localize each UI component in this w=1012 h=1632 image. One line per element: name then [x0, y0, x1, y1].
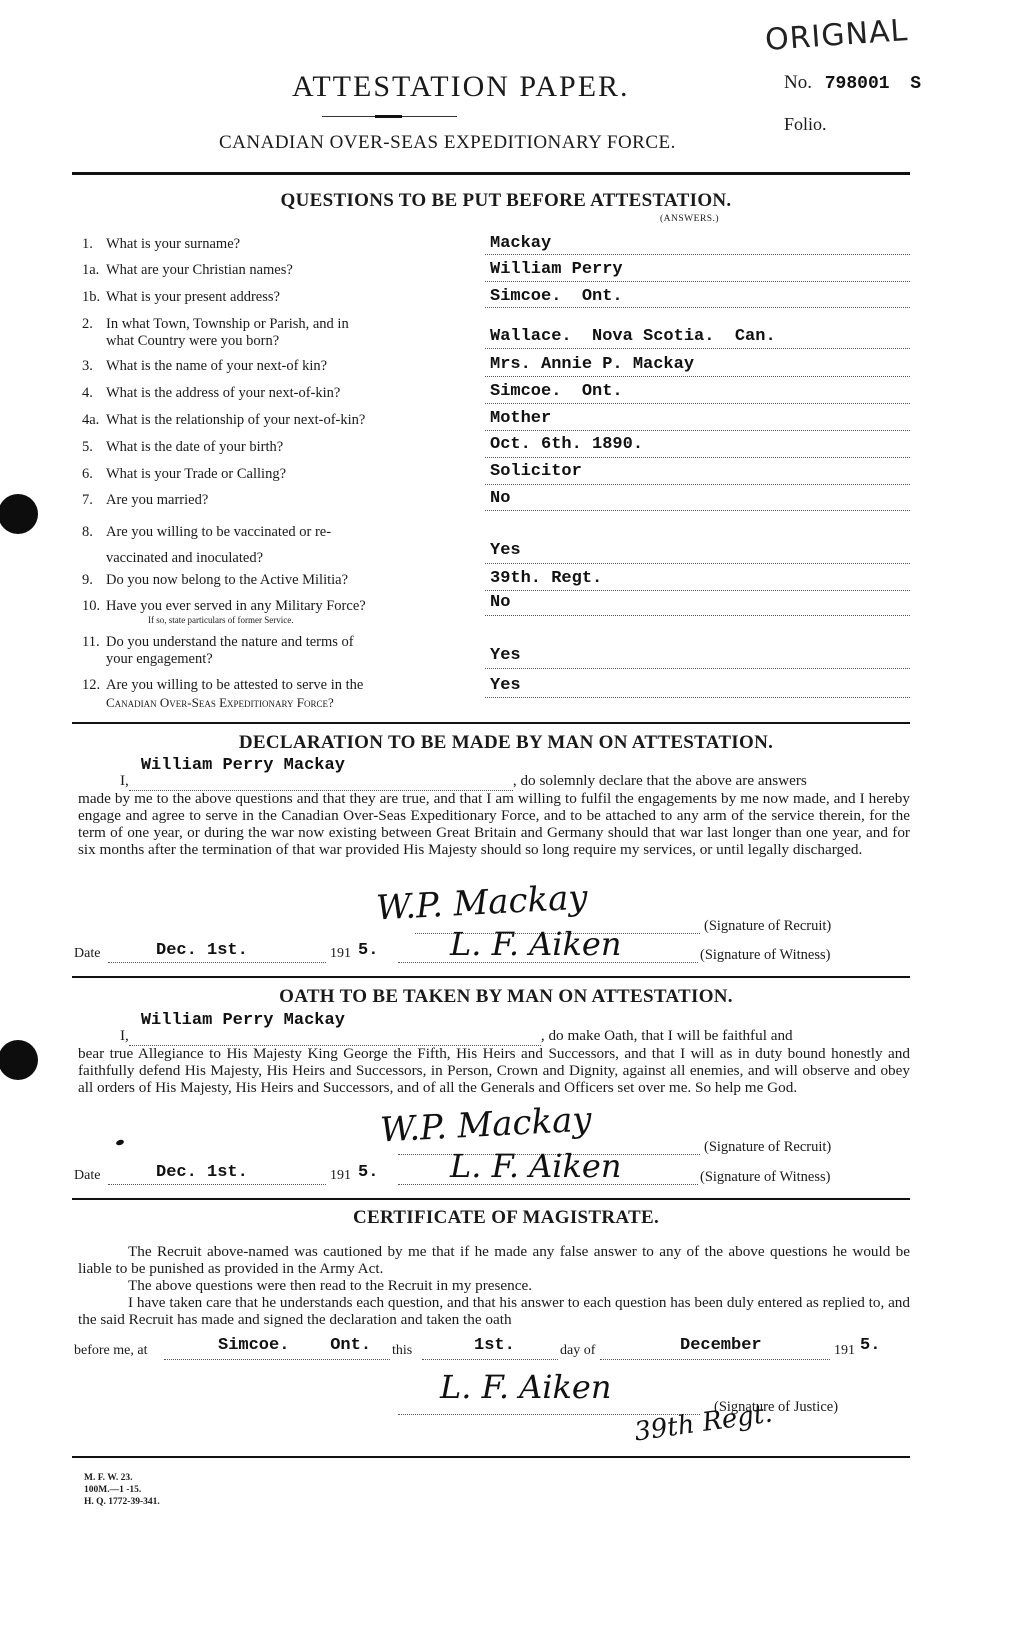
answer-line: [485, 281, 910, 282]
day-of-label: day of: [560, 1343, 595, 1359]
oath-text-start: , do make Oath, that I will be faithful …: [541, 1027, 793, 1044]
question-10: 10.Have you ever served in any Military …: [82, 598, 468, 615]
question-number: 7.: [82, 492, 106, 509]
oath-name-field: William Perry Mackay: [129, 1027, 541, 1046]
oath-date-label: Date: [74, 1168, 100, 1184]
answer-line: [485, 348, 910, 349]
answer-trade: Solicitor: [490, 462, 582, 481]
oath-recruit-signature: W.P. Mackay: [379, 1099, 592, 1150]
folio-label: Folio.: [784, 114, 827, 135]
question-number: 9.: [82, 572, 106, 589]
question-text: Have you ever served in any Military For…: [106, 598, 366, 614]
magistrate-year-suffix: 5.: [860, 1336, 880, 1355]
question-number: 5.: [82, 439, 106, 456]
justice-signature: L. F. Aiken: [440, 1368, 611, 1406]
question-text: What are your Christian names?: [106, 262, 293, 278]
question-text: Do you understand the nature and terms o…: [106, 634, 354, 650]
answer-next-of-kin-name: Mrs. Annie P. Mackay: [490, 355, 694, 374]
question-text: Are you married?: [106, 492, 208, 508]
magistrate-para-2: The above questions were then read to th…: [78, 1277, 910, 1294]
question-number: 10.: [82, 598, 106, 615]
answer-vaccinated: Yes: [490, 541, 521, 560]
question-8: 8.Are you willing to be vaccinated or re…: [82, 519, 468, 571]
question-text: Do you now belong to the Active Militia?: [106, 572, 348, 588]
oath-witness-signature-label: (Signature of Witness): [700, 1169, 830, 1186]
answer-line: [485, 254, 910, 255]
magistrate-para-3-text: I have taken care that he understands ea…: [78, 1294, 910, 1328]
oath-recruit-signature-label: (Signature of Recruit): [704, 1139, 831, 1156]
title-underline-thick: [375, 115, 402, 118]
answer-christian-names: William Perry: [490, 260, 623, 279]
justice-signature-label: (Signature of Justice): [714, 1399, 838, 1416]
magistrate-para-1: The Recruit above-named was cautioned by…: [78, 1243, 910, 1277]
declaration-date-line: [108, 962, 326, 963]
question-number: 1.: [82, 236, 106, 253]
original-stamp: ORIGNAL: [764, 13, 909, 58]
declaration-prefix: I,: [120, 772, 129, 789]
regimental-number: 798001: [825, 74, 890, 94]
question-text: Are you willing to be attested to serve …: [106, 677, 363, 693]
magistrate-day: 1st.: [474, 1336, 515, 1355]
answer-line: [485, 563, 910, 564]
answer-line: [485, 590, 910, 591]
answer-line: [485, 307, 910, 308]
oath-bottom-rule: [72, 1198, 910, 1200]
recruit-signature-label: (Signature of Recruit): [704, 918, 831, 935]
declaration-name: William Perry Mackay: [141, 756, 345, 775]
questions-bottom-rule: [72, 722, 910, 724]
header-rule: [72, 172, 910, 175]
question-text: What is the name of your next-of kin?: [106, 358, 327, 374]
question-1b: 1b.What is your present address?: [82, 289, 468, 306]
number-prefix: No.: [784, 72, 812, 93]
answer-line: [485, 376, 910, 377]
answer-line: [485, 403, 910, 404]
question-text: What is the address of your next-of-kin?: [106, 385, 340, 401]
question-text: What is the relationship of your next-of…: [106, 412, 365, 428]
answer-line: [485, 615, 910, 616]
declaration-year-suffix: 5.: [358, 941, 378, 960]
form-code-line-3: H. Q. 1772-39-341.: [84, 1496, 160, 1508]
answer-next-of-kin-address: Simcoe. Ont.: [490, 382, 623, 401]
question-4a: 4a.What is the relationship of your next…: [82, 412, 468, 429]
questions-heading: QUESTIONS TO BE PUT BEFORE ATTESTATION.: [0, 190, 1012, 212]
answer-line: [485, 697, 910, 698]
magistrate-year-prefix: 191: [834, 1343, 855, 1359]
oath-prefix: I,: [120, 1027, 129, 1044]
question-text: What is your surname?: [106, 236, 240, 252]
question-10-note: If so, state particulars of former Servi…: [148, 615, 293, 625]
answer-understand-terms: Yes: [490, 646, 521, 665]
question-11: 11.Do you understand the nature and term…: [82, 634, 468, 668]
answer-line: [485, 457, 910, 458]
magistrate-para-3: I have taken care that he understands ea…: [78, 1294, 910, 1328]
question-number: 12.: [82, 677, 106, 694]
question-number: 4.: [82, 385, 106, 402]
question-number: 6.: [82, 466, 106, 483]
punch-hole-top: [0, 494, 38, 534]
answer-militia: 39th. Regt.: [490, 569, 602, 588]
declaration-first-line: I,William Perry Mackay , do solemnly dec…: [120, 772, 910, 791]
magistrate-para-2-text: The above questions were then read to th…: [128, 1277, 532, 1294]
question-text-cont: vaccinated and inoculated?: [106, 550, 263, 566]
oath-date-line: [108, 1184, 326, 1185]
magistrate-month: December: [680, 1336, 762, 1355]
question-9: 9.Do you now belong to the Active Militi…: [82, 572, 468, 589]
magistrate-heading: CERTIFICATE OF MAGISTRATE.: [0, 1207, 1012, 1229]
question-1a: 1a.What are your Christian names?: [82, 262, 468, 279]
before-me-label: before me, at: [74, 1343, 147, 1359]
question-text-cont: your engagement?: [106, 651, 213, 667]
declaration-recruit-signature: W.P. Mackay: [375, 877, 588, 928]
oath-name: William Perry Mackay: [141, 1011, 345, 1030]
number-suffix: S: [910, 74, 921, 94]
declaration-bottom-rule: [72, 976, 910, 978]
form-code-line-1: M. F. W. 23.: [84, 1472, 160, 1484]
question-number: 11.: [82, 634, 106, 651]
magistrate-para-1-text: The Recruit above-named was cautioned by…: [78, 1243, 910, 1277]
form-codes: M. F. W. 23. 100M.—1 -15. H. Q. 1772-39-…: [84, 1472, 160, 1508]
magistrate-bottom-rule: [72, 1456, 910, 1458]
question-text-cont: Canadian Over-Seas Expeditionary Force?: [106, 695, 334, 710]
answer-birth-date: Oct. 6th. 1890.: [490, 435, 643, 454]
answer-married: No: [490, 489, 510, 508]
answer-line: [485, 484, 910, 485]
oath-heading: OATH TO BE TAKEN BY MAN ON ATTESTATION.: [0, 986, 1012, 1008]
declaration-text-start: , do solemnly declare that the above are…: [513, 772, 807, 789]
question-text: What is the date of your birth?: [106, 439, 283, 455]
answer-military-service: No: [490, 593, 510, 612]
declaration-date-label: Date: [74, 946, 100, 962]
oath-first-line: I,William Perry Mackay , do make Oath, t…: [120, 1027, 910, 1046]
oath-body: bear true Allegiance to His Majesty King…: [78, 1045, 910, 1096]
question-text-cont: what Country were you born?: [106, 333, 279, 349]
question-12: 12.Are you willing to be attested to ser…: [82, 677, 468, 712]
question-text: What is your Trade or Calling?: [106, 466, 286, 482]
question-number: 4a.: [82, 412, 106, 429]
answer-present-address: Simcoe. Ont.: [490, 287, 623, 306]
magistrate-place: Simcoe. Ont.: [218, 1336, 371, 1355]
answer-birthplace: Wallace. Nova Scotia. Can.: [490, 327, 776, 346]
oath-date: Dec. 1st.: [156, 1163, 248, 1182]
question-text: In what Town, Township or Parish, and in: [106, 316, 349, 332]
question-4: 4.What is the address of your next-of-ki…: [82, 385, 468, 402]
document-title: ATTESTATION PAPER.: [292, 70, 630, 104]
question-text: Are you willing to be vaccinated or re-: [106, 524, 331, 540]
answer-willing-attested: Yes: [490, 676, 521, 695]
question-1: 1.What is your surname?: [82, 236, 468, 253]
place-line: [164, 1359, 390, 1360]
question-number: 1a.: [82, 262, 106, 279]
form-code-line-2: 100M.—1 -15.: [84, 1484, 160, 1496]
declaration-body: made by me to the above questions and th…: [78, 790, 910, 858]
this-label: this: [392, 1343, 412, 1359]
declaration-date: Dec. 1st.: [156, 941, 248, 960]
punch-hole-bottom: [0, 1040, 38, 1080]
oath-witness-signature: L. F. Aiken: [450, 1147, 621, 1185]
answers-label: (ANSWERS.): [660, 214, 719, 224]
declaration-witness-signature: L. F. Aiken: [450, 925, 621, 963]
question-number: 1b.: [82, 289, 106, 306]
month-line: [600, 1359, 830, 1360]
number-label: No. 798001 S: [784, 72, 921, 94]
force-subtitle: CANADIAN OVER-SEAS EXPEDITIONARY FORCE.: [219, 132, 676, 154]
question-3: 3.What is the name of your next-of kin?: [82, 358, 468, 375]
answer-line: [485, 510, 910, 511]
oath-year-suffix: 5.: [358, 1163, 378, 1182]
answer-line: [485, 430, 910, 431]
oath-year-prefix: 191: [330, 1168, 351, 1184]
answer-line: [485, 668, 910, 669]
question-7: 7.Are you married?: [82, 492, 468, 509]
question-number: 8.: [82, 519, 106, 545]
answer-surname: Mackay: [490, 234, 551, 253]
question-2: 2.In what Town, Township or Parish, and …: [82, 316, 468, 350]
question-5: 5.What is the date of your birth?: [82, 439, 468, 456]
question-number: 2.: [82, 316, 106, 333]
question-number: 3.: [82, 358, 106, 375]
day-line: [422, 1359, 558, 1360]
ink-mark: [115, 1139, 124, 1146]
declaration-name-field: William Perry Mackay: [129, 772, 513, 791]
witness-signature-label: (Signature of Witness): [700, 947, 830, 964]
declaration-heading: DECLARATION TO BE MADE BY MAN ON ATTESTA…: [0, 732, 1012, 754]
answer-relationship: Mother: [490, 409, 551, 428]
declaration-year-prefix: 191: [330, 946, 351, 962]
question-6: 6.What is your Trade or Calling?: [82, 466, 468, 483]
question-text: What is your present address?: [106, 289, 280, 305]
justice-signature-line: [398, 1414, 700, 1415]
